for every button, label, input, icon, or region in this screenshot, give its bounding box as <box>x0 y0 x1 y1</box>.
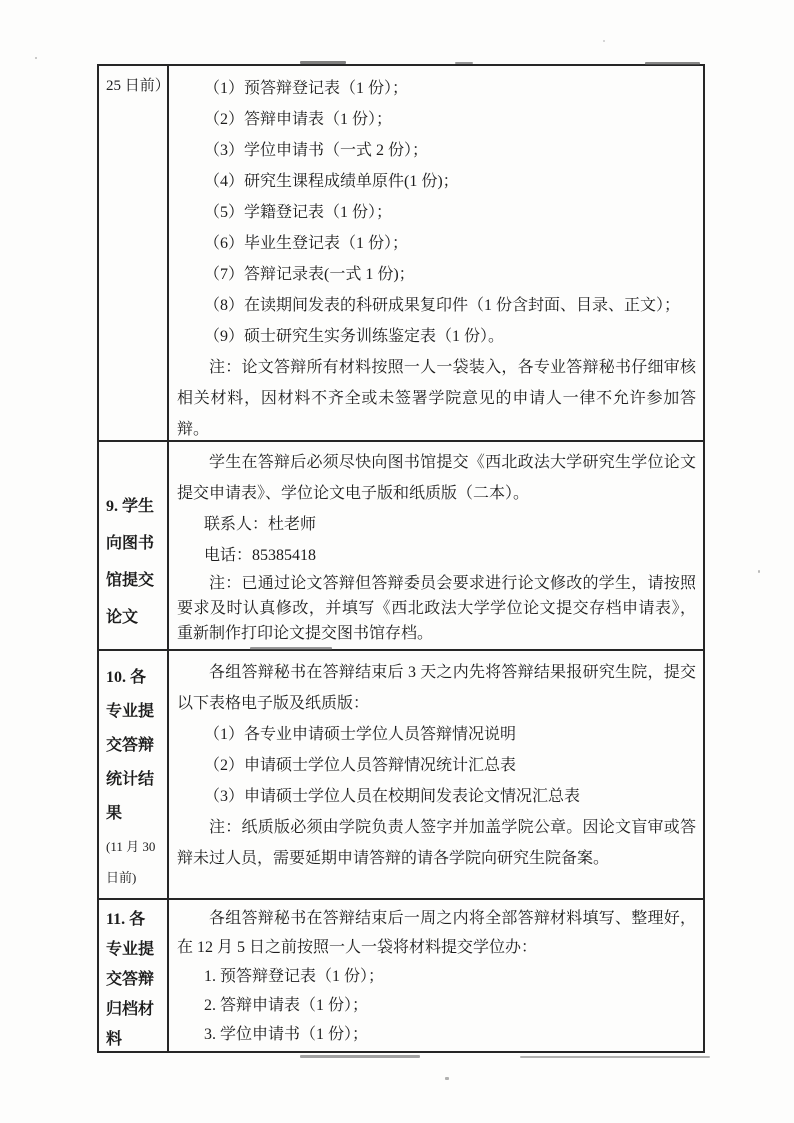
table-row-9-submit-thesis-to-library: 9. 学生向图书馆提交论文 学生在答辩后必须尽快向图书馆提交《西北政法大学研究生… <box>99 440 703 649</box>
row-label-line: 9. 学生 <box>106 488 165 525</box>
content-line: 注：论文答辩所有材料按照一人一袋装入，各专业答辩秘书仔细审核相关材料，因材料不齐… <box>177 352 696 440</box>
table-row-10-defense-statistics: 10. 各专业提交答辩统计结果(11 月 30日前) 各组答辩秘书在答辩结束后 … <box>99 649 703 898</box>
content-line: 电话：85385418 <box>177 540 696 571</box>
row-label-cell: 10. 各专业提交答辩统计结果(11 月 30日前) <box>99 651 169 898</box>
scan-smudge <box>300 61 346 64</box>
content-line: 各组答辩秘书在答辩结束后 3 天之内先将答辩结果报研究生院，提交以下表格电子版及… <box>177 657 696 719</box>
scan-speck <box>35 57 37 59</box>
row-label-line: 11. 各 <box>106 905 165 935</box>
row-label-line: 归档材 <box>106 995 165 1025</box>
content-line: （3）学位申请书（一式 2 份）； <box>177 135 696 166</box>
row-label-line: 果 <box>106 797 165 831</box>
content-line: 2. 答辩申请表（1 份）； <box>177 991 696 1020</box>
row-content-cell: （1）预答辩登记表（1 份）；（2）答辩申请表（1 份）；（3）学位申请书（一式… <box>169 66 703 440</box>
scan-speck <box>758 570 760 573</box>
scanned-document-page: 25 日前） （1）预答辩登记表（1 份）；（2）答辩申请表（1 份）；（3）学… <box>0 0 794 1123</box>
row-label-line: 向图书 <box>106 525 165 562</box>
content-line: 各组答辩秘书在答辩结束后一周之内将全部答辩材料填写、整理好，在 12 月 5 日… <box>177 904 696 962</box>
content-line: （2）答辩申请表（1 份）； <box>177 104 696 135</box>
schedule-table: 25 日前） （1）预答辩登记表（1 份）；（2）答辩申请表（1 份）；（3）学… <box>97 64 705 1053</box>
content-line: （7）答辩记录表(一式 1 份)； <box>177 259 696 290</box>
row-label-line: 交答辩 <box>106 965 165 995</box>
content-line: 注：纸质版必须由学院负责人签字并加盖学院公章。因论文盲审或答辩未过人员，需要延期… <box>177 812 696 874</box>
row-label-cell: 25 日前） <box>99 66 169 440</box>
table-row-continued-25th: 25 日前） （1）预答辩登记表（1 份）；（2）答辩申请表（1 份）；（3）学… <box>99 66 703 440</box>
row-content-cell: 各组答辩秘书在答辩结束后一周之内将全部答辩材料填写、整理好，在 12 月 5 日… <box>169 900 703 1051</box>
row-label-line: 料 <box>106 1025 165 1051</box>
content-line: （8）在读期间发表的科研成果复印件（1 份含封面、目录、正文）； <box>177 290 696 321</box>
row-label-cell: 9. 学生向图书馆提交论文 <box>99 442 169 649</box>
row-label-line: 专业提 <box>106 695 165 729</box>
content-line: （6）毕业生登记表（1 份）； <box>177 228 696 259</box>
row-label-line: 日前) <box>106 862 165 893</box>
row-label-line: 交答辩 <box>106 729 165 763</box>
content-line: 3. 学位申请书（1 份）； <box>177 1020 696 1049</box>
scan-smudge <box>645 62 700 65</box>
content-line: （1）预答辩登记表（1 份）； <box>177 73 696 104</box>
row-content-cell: 各组答辩秘书在答辩结束后 3 天之内先将答辩结果报研究生院，提交以下表格电子版及… <box>169 651 703 898</box>
row-label-line: 论文 <box>106 599 165 636</box>
content-line: 联系人：杜老师 <box>177 509 696 540</box>
content-line: 注：已通过论文答辩但答辩委员会要求进行论文修改的学生，请按照要求及时认真修改，并… <box>177 571 696 646</box>
content-line: （3）申请硕士学位人员在校期间发表论文情况汇总表 <box>177 781 696 812</box>
row-label-line: 25 日前） <box>106 74 165 98</box>
row-label-line: 统计结 <box>106 763 165 797</box>
scan-smudge <box>520 1056 710 1058</box>
scan-speck <box>445 1077 449 1080</box>
content-line: （4）研究生课程成绩单原件(1 份)； <box>177 166 696 197</box>
content-line: （2）申请硕士学位人员答辩情况统计汇总表 <box>177 750 696 781</box>
content-line: （9）硕士研究生实务训练鉴定表（1 份）。 <box>177 321 696 352</box>
row-content-cell: 学生在答辩后必须尽快向图书馆提交《西北政法大学研究生学位论文提交申请表》、学位论… <box>169 442 703 649</box>
scan-smudge <box>455 62 473 64</box>
row-label-line: 馆提交 <box>106 562 165 599</box>
scan-smudge <box>300 1055 420 1058</box>
row-label-line: (11 月 30 <box>106 831 165 862</box>
row-label-cell: 11. 各专业提交答辩归档材料 <box>99 900 169 1051</box>
scan-speck <box>603 40 605 42</box>
table-row-11-archive-materials: 11. 各专业提交答辩归档材料 各组答辩秘书在答辩结束后一周之内将全部答辩材料填… <box>99 898 703 1051</box>
row-label-line: 10. 各 <box>106 661 165 695</box>
content-line: （5）学籍登记表（1 份）； <box>177 197 696 228</box>
row-label-line: 专业提 <box>106 935 165 965</box>
content-line: 1. 预答辩登记表（1 份）； <box>177 962 696 991</box>
content-line: （1）各专业申请硕士学位人员答辩情况说明 <box>177 719 696 750</box>
scan-smudge <box>250 647 332 650</box>
content-line: 学生在答辩后必须尽快向图书馆提交《西北政法大学研究生学位论文提交申请表》、学位论… <box>177 447 696 509</box>
